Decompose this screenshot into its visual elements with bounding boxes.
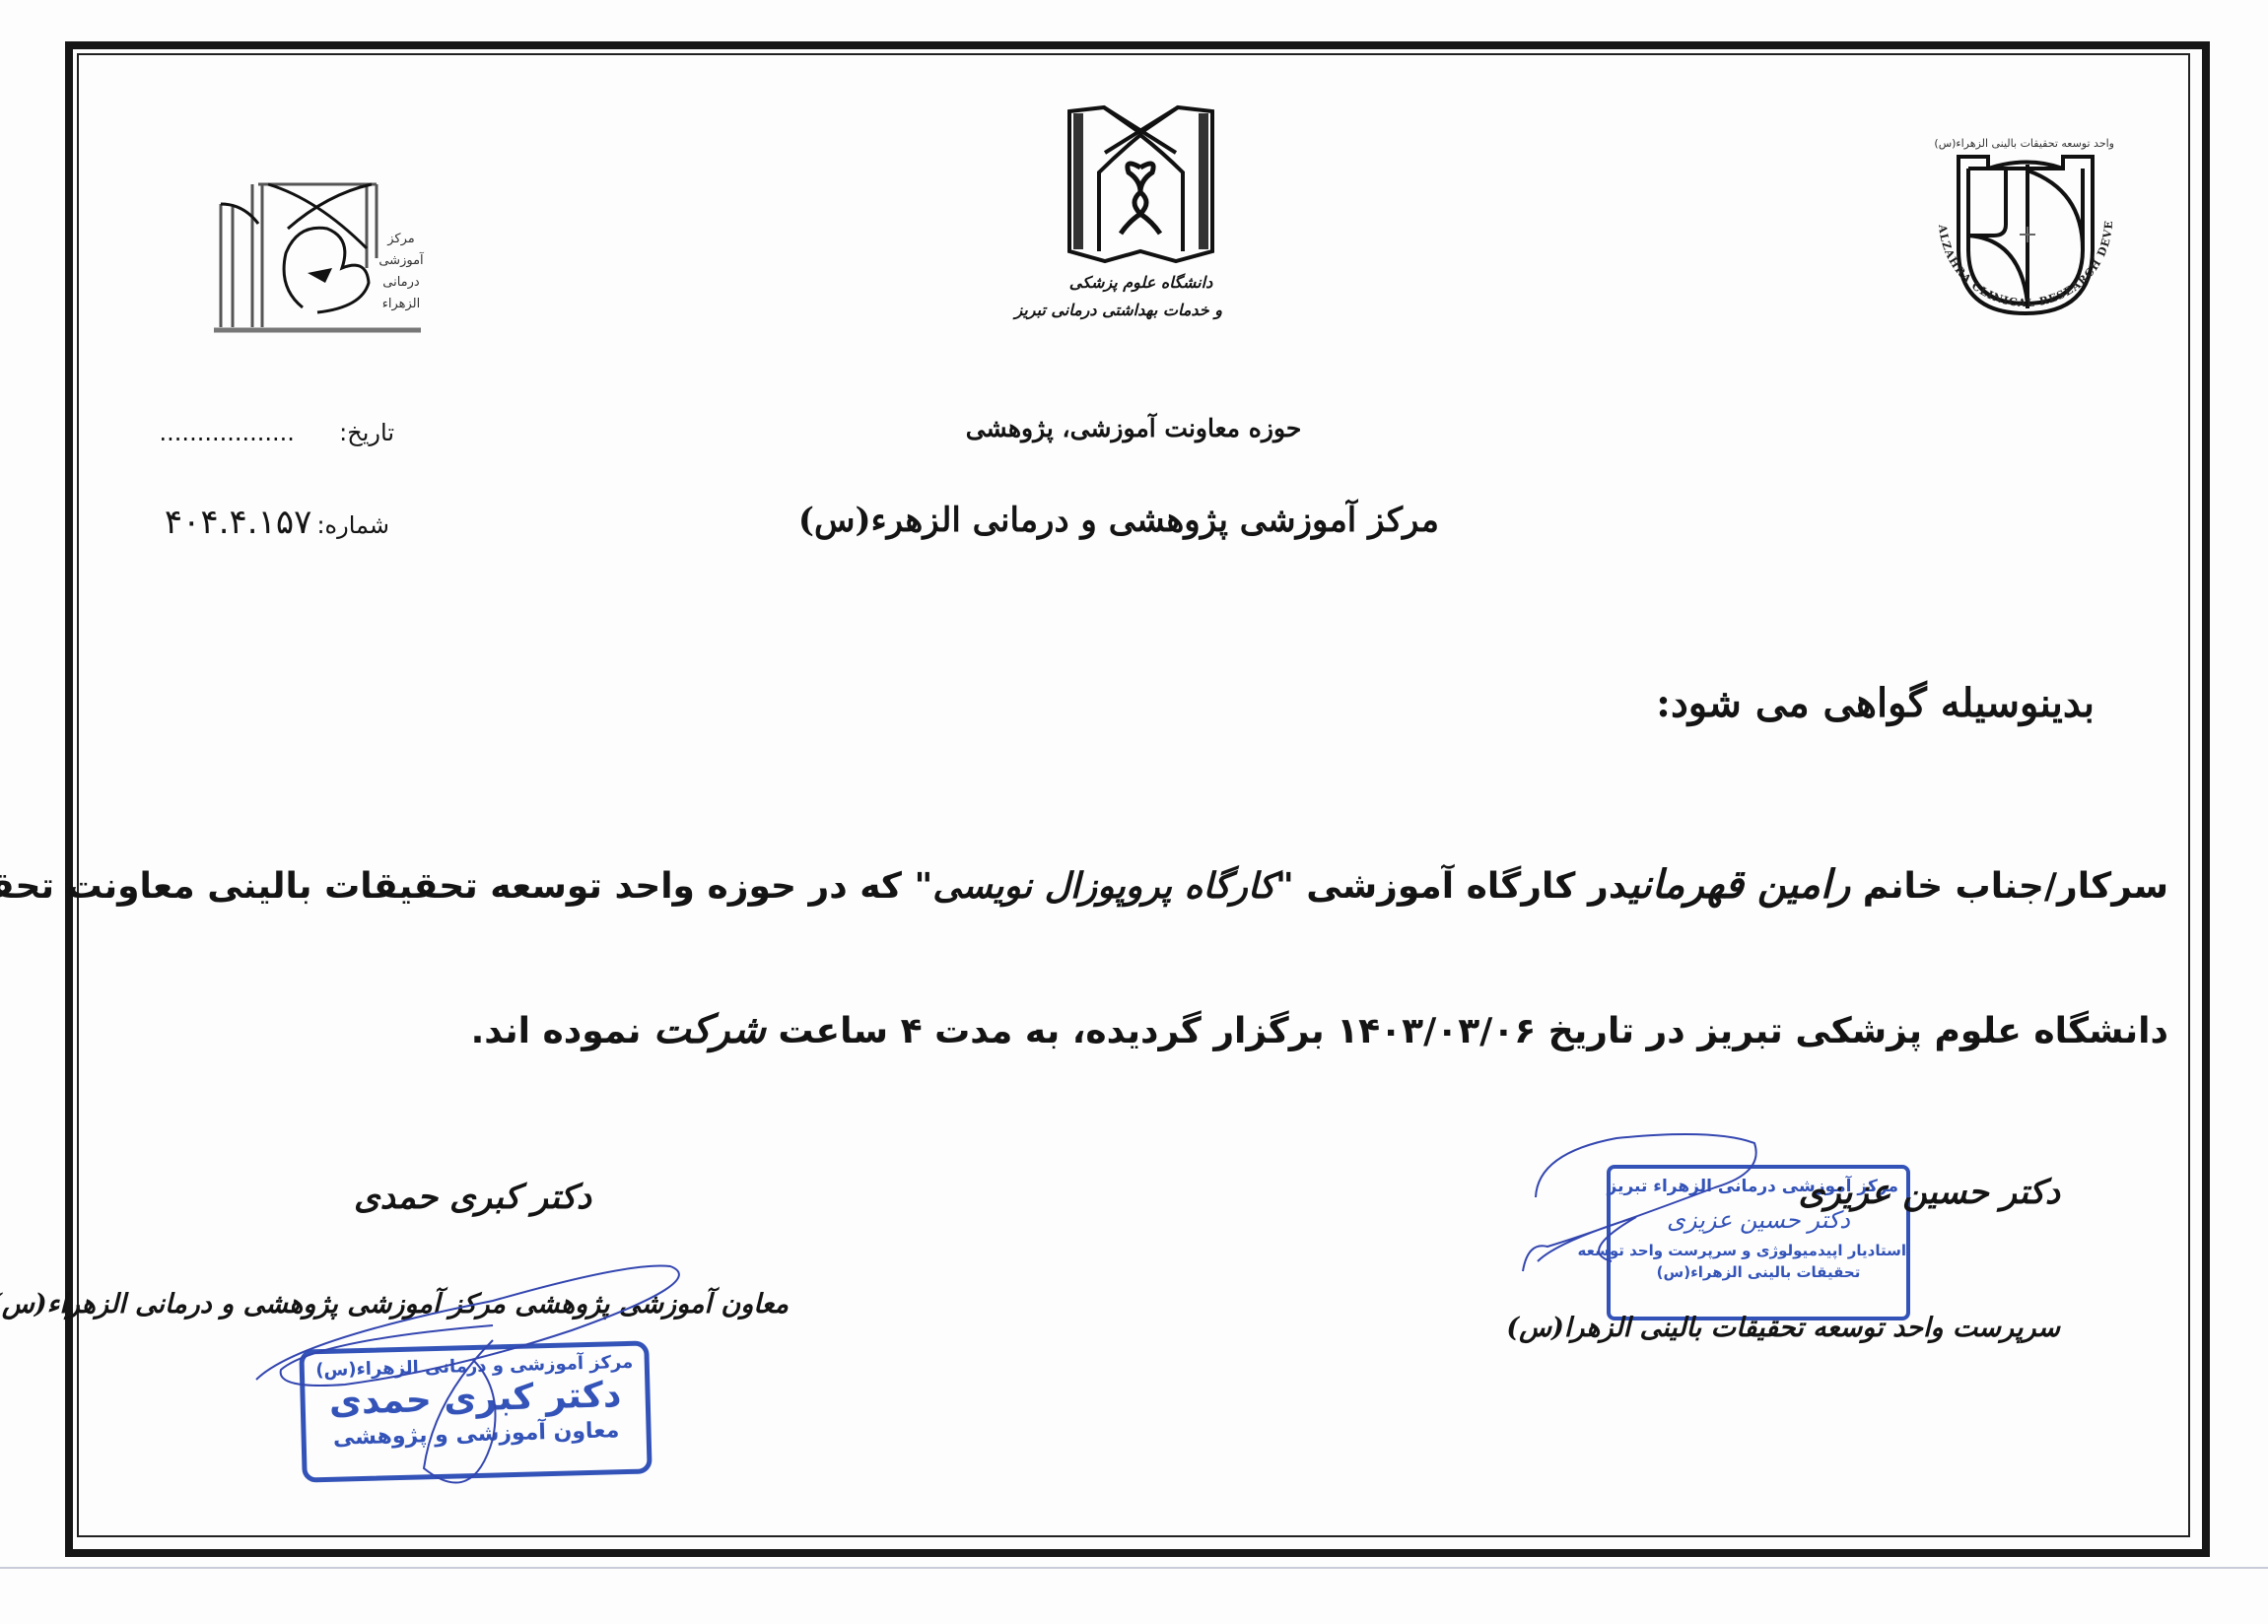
body-line-2: دانشگاه علوم پزشکی تبریز در تاریخ ۱۴۰۳/۰… [779, 1007, 2168, 1052]
crdu-logo: واحد توسعه تحقیقات بالینی الزهراء(س) ALZ… [1927, 133, 2124, 345]
number-label: شماره: [316, 511, 389, 539]
workshop-date: ۱۴۰۳/۰۳/۰۶ [1337, 1011, 1536, 1051]
university-text: دانشگاه علوم پزشکی تبریز در تاریخ [1536, 1011, 2168, 1051]
university-emblem-icon [1060, 103, 1222, 266]
organizer-text: که در حوزه واحد توسعه تحقیقات بالینی معا… [0, 866, 915, 907]
certify-heading: بدینوسیله گواهی می شود: [1577, 680, 2095, 726]
logo-caption-line: درمانی [377, 272, 426, 294]
salutation: سرکار/جناب خانم [1850, 866, 2168, 907]
participant-name: رامین قهرمانی [1629, 862, 1851, 908]
workshop-intro: در کارگاه آموزشی [1294, 866, 1629, 907]
date-field: تاریخ: .................. [168, 419, 394, 446]
closing-text: نموده اند. [471, 1011, 653, 1051]
participation-word: شرکت [653, 1007, 766, 1052]
date-label: تاریخ: [339, 419, 394, 446]
body-line-1: سرکار/جناب خانم رامین قهرمانیدر کارگاه آ… [138, 862, 2168, 908]
al-zahra-logo-caption: مرکز آموزشی درمانی الزهراء [377, 229, 426, 315]
crdu-logo-caption-top: واحد توسعه تحقیقات بالینی الزهراء(س) [1947, 137, 2114, 150]
right-signature-block: مرکز آموزشی درمانی الزهراء تبریز دکتر حس… [1518, 1123, 2070, 1360]
number-field: شماره: ۴۰۴.۴.۱۵۷ [138, 503, 389, 542]
logo-caption-line: آموزشی [377, 250, 426, 272]
center-name-heading: مرکز آموزشی پژوهشی و درمانی الزهرء(س) [887, 501, 1439, 540]
left-signature-block: دکتر کبری حمدی معاون آموزشی پژوهشی مرکز … [197, 1143, 808, 1498]
tabriz-university-logo: دانشگاه علوم پزشکی و خدمات بهداشتی درمان… [1060, 103, 1222, 335]
department-heading: حوزه معاونت آموزشی، پژوهشی [887, 414, 1380, 442]
workshop-title: "کارگاه پروپوزال نویسی" [915, 866, 1294, 907]
duration-unit: ساعت [766, 1011, 901, 1051]
crdu-emblem-icon: ALZAHRA CLINICAL RESEARCH DEVELOPMENT UN… [1927, 151, 2124, 343]
logo-caption-line: و خدمات بهداشتی درمانی تبریز [1060, 297, 1222, 324]
scan-edge-line [0, 1567, 2268, 1569]
right-handwritten-signature-icon [1518, 1123, 2070, 1360]
logo-caption-line: الزهراء [377, 294, 426, 315]
date-value: .................. [160, 419, 295, 446]
university-logo-caption: دانشگاه علوم پزشکی و خدمات بهداشتی درمان… [1060, 269, 1222, 324]
crdu-ring-text: ALZAHRA CLINICAL RESEARCH DEVELOPMENT UN… [1927, 151, 2115, 309]
svg-text:ALZAHRA CLINICAL RESEARCH DEVE: ALZAHRA CLINICAL RESEARCH DEVELOPMENT UN… [1927, 151, 2115, 309]
duration-hours: ۴ [901, 1011, 923, 1051]
logo-caption-line: دانشگاه علوم پزشکی [1060, 269, 1222, 297]
left-handwritten-signature-icon [197, 1143, 808, 1498]
al-zahra-center-logo: مرکز آموزشی درمانی الزهراء [209, 169, 426, 342]
logo-caption-line: مرکز [377, 229, 426, 250]
held-text: برگزار گردیده، به مدت [923, 1011, 1338, 1051]
number-value: ۴۰۴.۴.۱۵۷ [165, 503, 311, 542]
